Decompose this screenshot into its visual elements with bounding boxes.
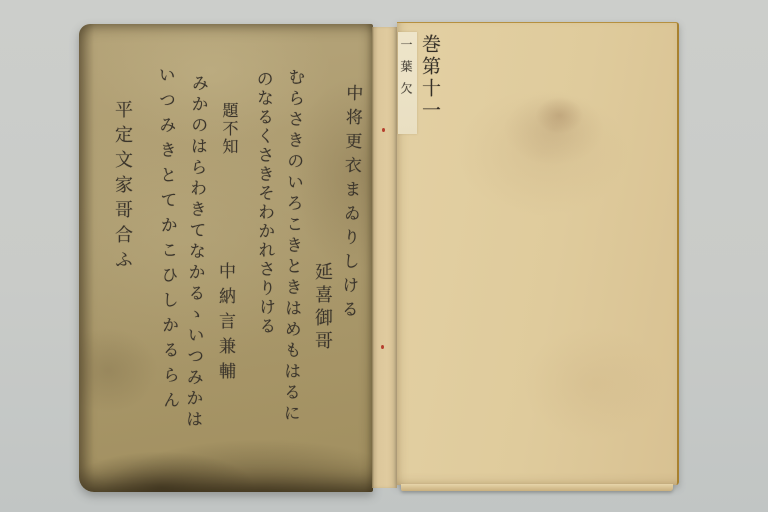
left-page: 中将更衣まゐりしける 延喜御哥 むらさきのいろこきときはめもはるに のなるくさき… bbox=[79, 24, 373, 492]
red-stitch-dot bbox=[382, 128, 385, 132]
bottom-page-stack-edge bbox=[401, 484, 673, 491]
volume-title: 巻第十一 bbox=[420, 34, 439, 122]
poem-column-1a: むらさきのいろこきときはめもはるに bbox=[281, 68, 303, 425]
poem-column-2b: いつみきとてかこひしかるらん bbox=[156, 66, 178, 416]
attribution-column-kanesuke: 中納言兼輔 bbox=[216, 262, 233, 387]
headnote-column-2: 題不知 bbox=[221, 102, 237, 156]
photograph-of-open-manuscript-book: 中将更衣まゐりしける 延喜御哥 むらさきのいろこきときはめもはるに のなるくさき… bbox=[0, 0, 768, 512]
poem-column-2a: みかのはらわきてなかるゝいつみかは bbox=[183, 74, 206, 431]
missing-leaf-label-text: 一葉欠 bbox=[400, 38, 412, 104]
gutter-page-edges bbox=[372, 27, 397, 488]
left-page-cover-edge bbox=[79, 24, 94, 492]
attribution-column-engi: 延喜御哥 bbox=[313, 262, 331, 354]
poem-column-1b: のなるくさきそわかれさりける bbox=[254, 70, 274, 336]
headnote-column-3: 平定文家哥合ふ bbox=[113, 100, 131, 275]
missing-leaf-label-slip: 一葉欠 bbox=[398, 32, 417, 134]
right-page: 一葉欠 巻第十一 bbox=[397, 22, 679, 485]
red-stitch-dot bbox=[381, 345, 384, 349]
headnote-column-1: 中将更衣まゐりしける bbox=[338, 84, 360, 324]
